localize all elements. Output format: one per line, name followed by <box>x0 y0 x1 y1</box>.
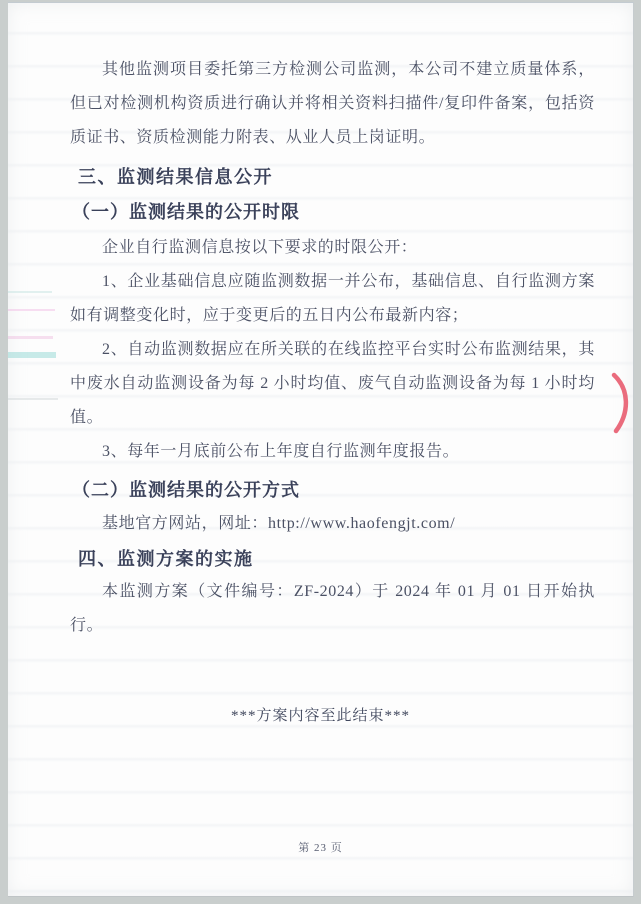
para-implementation: 本监测方案（文件编号：ZF-2024）于 2024 年 01 月 01 日开始执… <box>70 575 595 643</box>
heading-section-3: 三、监测结果信息公开 <box>78 163 595 191</box>
scanned-document-viewport: 其他监测项目委托第三方检测公司监测，本公司不建立质量体系，但已对检测机构资质进行… <box>0 0 641 904</box>
heading-3-1-disclosure-time-limit: （一）监测结果的公开时限 <box>72 197 595 227</box>
para-third-party-testing: 其他监测项目委托第三方检测公司监测，本公司不建立质量体系，但已对检测机构资质进行… <box>70 53 595 155</box>
heading-3-2-disclosure-method: （二）监测结果的公开方式 <box>72 475 595 505</box>
list-item-1: 1、企业基础信息应随监测数据一并公布，基础信息、自行监测方案如有调整变化时，应于… <box>70 265 595 333</box>
para-official-website: 基地官方网站，网址：http://www.haofengjt.com/ <box>70 507 595 541</box>
list-item-2: 2、自动监测数据应在所关联的在线监控平台实时公布监测结果，其中废水自动监测设备为… <box>70 333 595 435</box>
document-body: 其他监测项目委托第三方检测公司监测，本公司不建立质量体系，但已对检测机构资质进行… <box>8 3 633 643</box>
page-number: 第 23 页 <box>8 839 633 855</box>
list-item-3: 3、每年一月底前公布上年度自行监测年度报告。 <box>70 435 595 469</box>
red-pen-mark <box>610 372 636 434</box>
document-page: 其他监测项目委托第三方检测公司监测，本公司不建立质量体系，但已对检测机构资质进行… <box>8 2 634 897</box>
heading-section-4: 四、监测方案的实施 <box>78 545 595 573</box>
para-disclosure-intro: 企业自行监测信息按以下要求的时限公开： <box>70 231 595 265</box>
end-of-plan-note: ***方案内容至此结束*** <box>8 704 633 725</box>
